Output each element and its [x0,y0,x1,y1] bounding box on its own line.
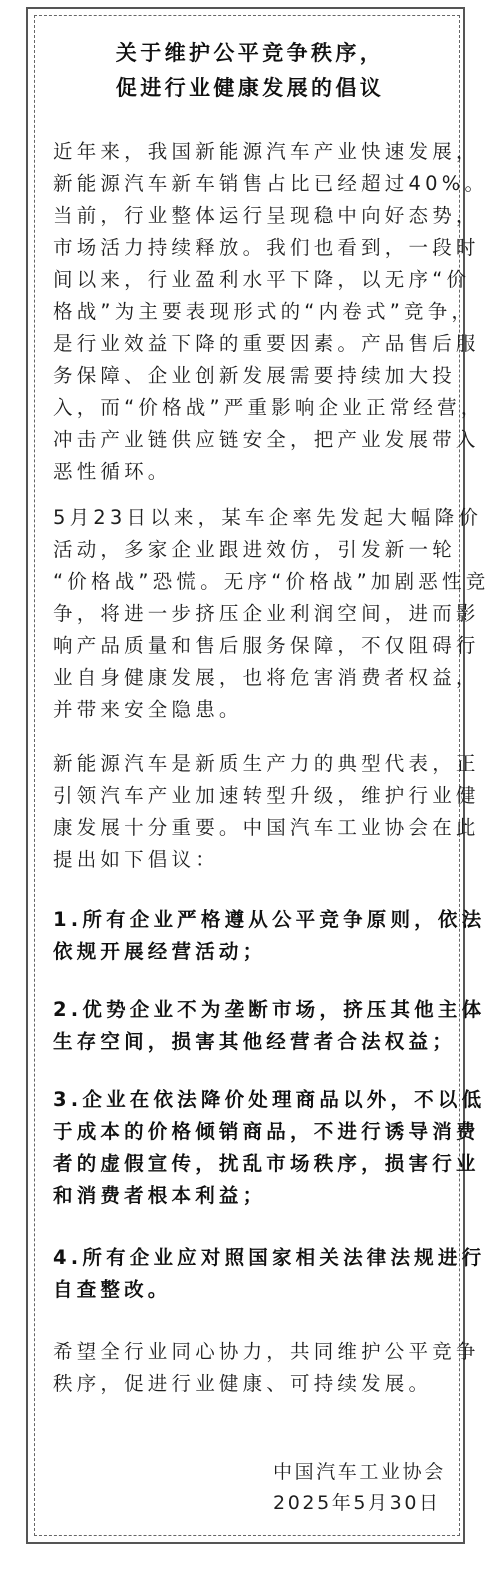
text-line: 5月23日以来，某车企率先发起大幅降价 [53,506,482,530]
text-line: 希望全行业同心协力，共同维护公平竞争 [53,1340,480,1364]
text-line: 于成本的价格倾销商品，不进行诱导消费 [53,1120,480,1144]
text-line: 2.优势企业不为垄断市场，挤压其他主体 [53,998,485,1022]
text-line: 生存空间，损害其他经营者合法权益； [53,1030,456,1054]
text-line: 市场活力持续释放。我们也看到，一段时 [53,236,480,260]
text-line: 并带来安全隐患。 [53,698,243,722]
text-line: 恶性循环。 [53,460,172,484]
text-line: 自查整改。 [53,1278,172,1302]
text-line: 4.所有企业应对照国家相关法律法规进行 [53,1246,485,1270]
text-line: 格战”为主要表现形式的“内卷式”竞争， [53,300,475,324]
text-line: 新能源汽车新车销售占比已经超过40%。 [53,172,488,196]
text-line: 3.企业在依法降价处理商品以外，不以低 [53,1088,485,1112]
text-line: 近年来，我国新能源汽车产业快速发展， [53,140,480,164]
title-line-1: 关于维护公平竞争秩序， [0,37,500,67]
title-line-2: 促进行业健康发展的倡议 [0,72,500,102]
text-line: 是行业效益下降的重要因素。产品售后服 [53,332,480,356]
text-line: 务保障、企业创新发展需要持续加大投 [53,364,456,388]
text-line: 秩序，促进行业健康、可持续发展。 [53,1372,432,1396]
text-line: “价格战”恐慌。无序“价格战”加剧恶性竞 [53,570,489,594]
text-line: 争，将进一步挤压企业利润空间，进而影 [53,602,480,626]
text-line: 业自身健康发展，也将危害消费者权益， [53,666,480,690]
text-line: 新能源汽车是新质生产力的典型代表，正 [53,752,480,776]
text-line: 者的虚假宣传，扰乱市场秩序，损害行业 [53,1152,480,1176]
text-line: 和消费者根本利益； [53,1184,266,1208]
text-line: 入，而“价格战”严重影响企业正常经营， [53,396,485,420]
text-line: 康发展十分重要。中国汽车工业协会在此 [53,816,480,840]
signature-date: 2025年5月30日 [273,1491,441,1515]
text-line: 提出如下倡议： [53,848,219,872]
text-line: 当前，行业整体运行呈现稳中向好态势， [53,204,480,228]
text-line: 间以来，行业盈利水平下降，以无序“价 [53,268,470,292]
text-line: 响产品质量和售后服务保障，不仅阻碍行 [53,634,480,658]
text-line: 活动，多家企业跟进效仿，引发新一轮 [53,538,456,562]
text-line: 冲击产业链供应链安全，把产业发展带入 [53,428,480,452]
text-line: 1.所有企业严格遵从公平竞争原则，依法 [53,908,485,932]
signature-organization: 中国汽车工业协会 [273,1460,446,1484]
text-line: 依规开展经营活动； [53,940,266,964]
text-line: 引领汽车产业加速转型升级，维护行业健 [53,784,480,808]
